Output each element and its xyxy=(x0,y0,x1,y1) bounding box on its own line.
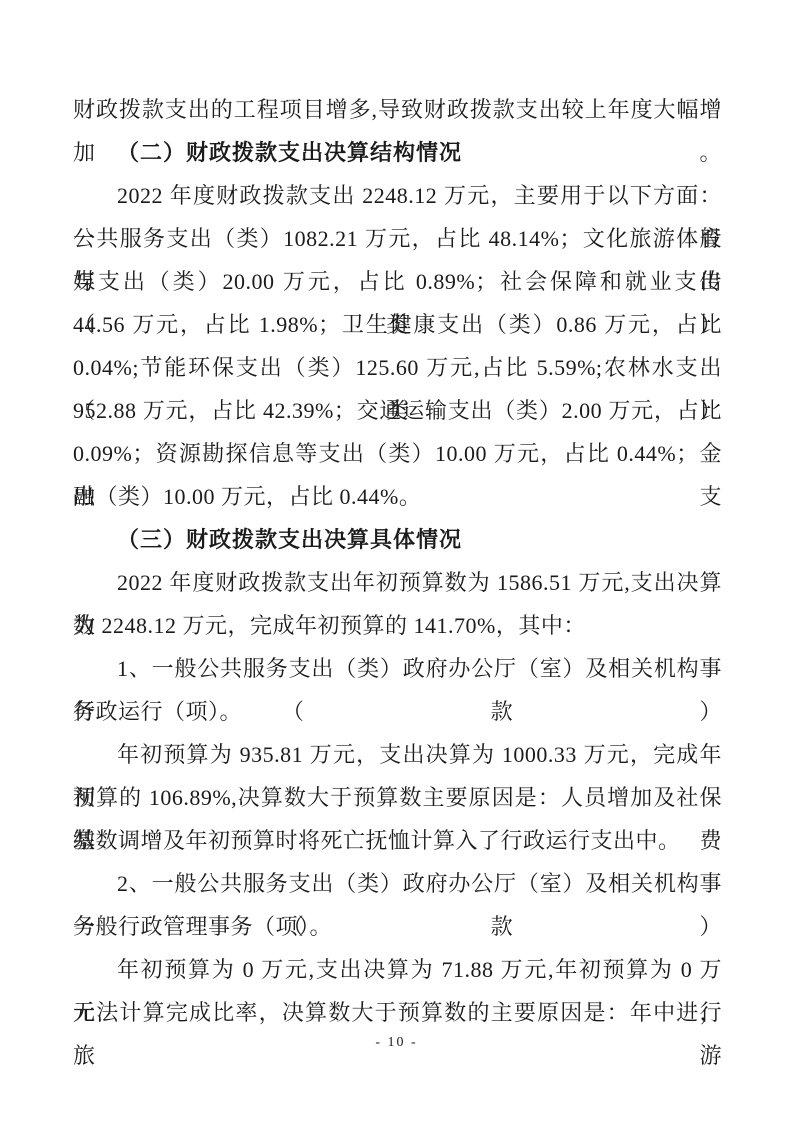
body-line: 0.04%;节能环保支出（类）125.60 万元,占比 5.59%;农林水支出（… xyxy=(73,346,722,389)
body-line: 预算的 106.89%,决算数大于预算数主要原因是：人员增加及社保缴费 xyxy=(73,776,722,819)
body-line: 44.56 万元，占比 1.98%；卫生健康支出（类）0.86 万元，占比 xyxy=(73,303,722,346)
body-line: 952.88 万元，占比 42.39%；交通运输支出（类）2.00 万元，占比 xyxy=(73,389,722,432)
body-line: 年初预算为 935.81 万元，支出决算为 1000.33 万元，完成年初 xyxy=(73,733,722,776)
body-line: 年初预算为 0 万元,支出决算为 71.88 万元,年初预算为 0 万元， xyxy=(73,948,722,991)
section-heading-3: （三）财政拨款支出决算具体情况 xyxy=(73,518,722,561)
body-line: 0.09%；资源勘探信息等支出（类）10.00 万元，占比 0.44%；金融支 xyxy=(73,432,722,475)
document-body: 财政拨款支出的工程项目增多,导致财政拨款支出较上年度大幅增加。 （二）财政拨款支… xyxy=(73,88,722,1034)
document-page: 财政拨款支出的工程项目增多,导致财政拨款支出较上年度大幅增加。 （二）财政拨款支… xyxy=(0,0,793,1122)
body-line: 2、一般公共服务支出（类）政府办公厅（室）及相关机构事务（款） xyxy=(73,862,722,905)
body-line: 为 2248.12 万元，完成年初预算的 141.70%，其中： xyxy=(73,604,722,647)
body-line: 2022 年度财政拨款支出 2248.12 万元，主要用于以下方面：一般 xyxy=(73,174,722,217)
page-number: - 10 - xyxy=(0,1033,793,1053)
body-line: 媒支出（类）20.00 万元，占比 0.89%；社会保障和就业支出（类） xyxy=(73,260,722,303)
body-line: 2022 年度财政拨款支出年初预算数为 1586.51 万元,支出决算数 xyxy=(73,561,722,604)
body-line: 财政拨款支出的工程项目增多,导致财政拨款支出较上年度大幅增加。 xyxy=(73,88,722,131)
body-line: 公共服务支出（类）1082.21 万元，占比 48.14%；文化旅游体育与传 xyxy=(73,217,722,260)
body-line: 1、一般公共服务支出（类）政府办公厅（室）及相关机构事务（款） xyxy=(73,647,722,690)
body-line: 基数调增及年初预算时将死亡抚恤计算入了行政运行支出中。 xyxy=(73,819,722,862)
body-line: 无法计算完成比率，决算数大于预算数的主要原因是：年中进行旅游 xyxy=(73,991,722,1034)
